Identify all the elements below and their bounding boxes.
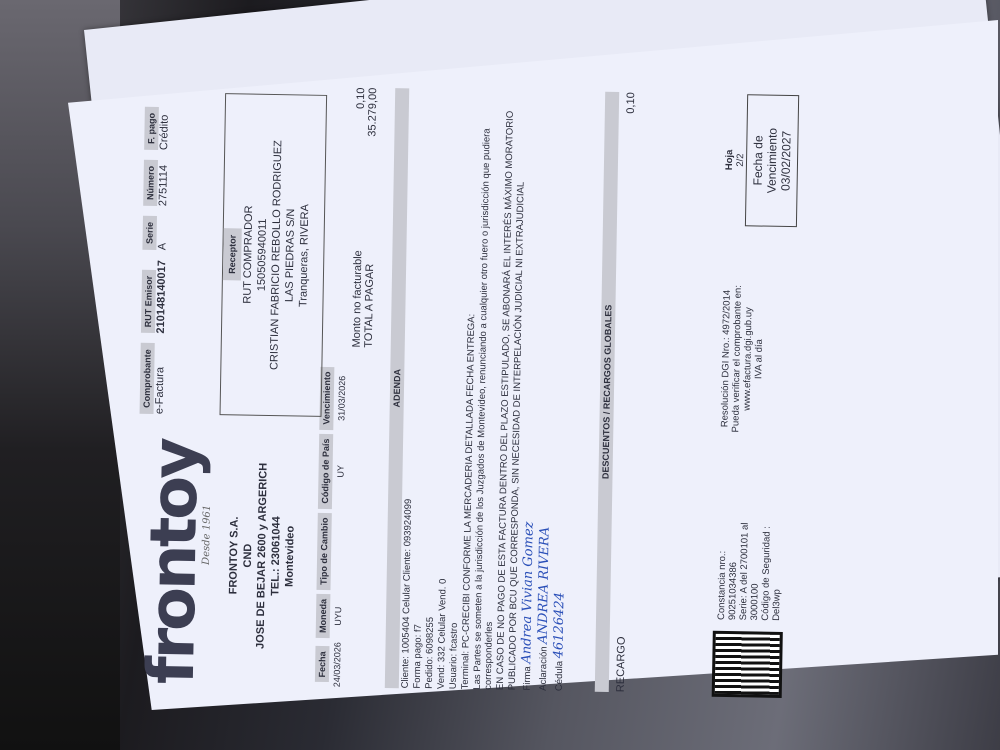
emisor-block: FRONTOY S.A. CND JOSE DE BEJAR 2600 y AR… xyxy=(225,445,299,666)
fecha-vencimiento-box: Fecha de Vencimiento 03/02/2027 xyxy=(745,94,799,227)
totals-block: Monto no facturable0,10 TOTAL A PAGAR35.… xyxy=(351,87,380,347)
recargo-label: RECARGO xyxy=(615,636,628,692)
descuentos-section: DESCUENTOS / RECARGOS GLOBALES RECARGO 0… xyxy=(595,92,637,692)
qr-code xyxy=(715,634,780,695)
invoice-document: frontoyDesde 1961 FRONTOY S.A. CND JOSE … xyxy=(114,63,885,716)
numero: Número2751114 xyxy=(143,160,170,206)
comprobante: Comprobantee-Factura xyxy=(140,343,167,414)
serie: SerieA xyxy=(142,216,169,250)
recargo-value: 0,10 xyxy=(625,92,637,114)
rut-emisor: RUT Emisor210148140017 xyxy=(141,260,168,334)
header-moneda: MonedaUYU xyxy=(316,594,344,638)
header-vencimiento: Vencimiento31/03/2026 xyxy=(319,366,347,429)
emisor-city: Montevideo xyxy=(281,446,299,666)
header-fecha: Fecha24/03/2026 xyxy=(315,642,343,688)
header-codigo-pais: Código de PaísUY xyxy=(318,433,346,508)
adenda-section: ADENDA Cliente: 1005404 Celular Cliente:… xyxy=(385,88,577,691)
forma-pago: F. pagoCrédito xyxy=(144,107,171,150)
comprobante-block: Comprobantee-Factura RUT Emisor210148140… xyxy=(140,107,171,414)
footer: Constancia nro.: 90251034386 Serie: A de… xyxy=(715,94,799,695)
receptor-box: Receptor RUT COMPRADOR 150505940011 CRIS… xyxy=(220,93,328,417)
header-tipo-cambio: Tipo de Cambio xyxy=(316,512,344,590)
frontoy-logo: frontoyDesde 1961 xyxy=(135,439,214,684)
